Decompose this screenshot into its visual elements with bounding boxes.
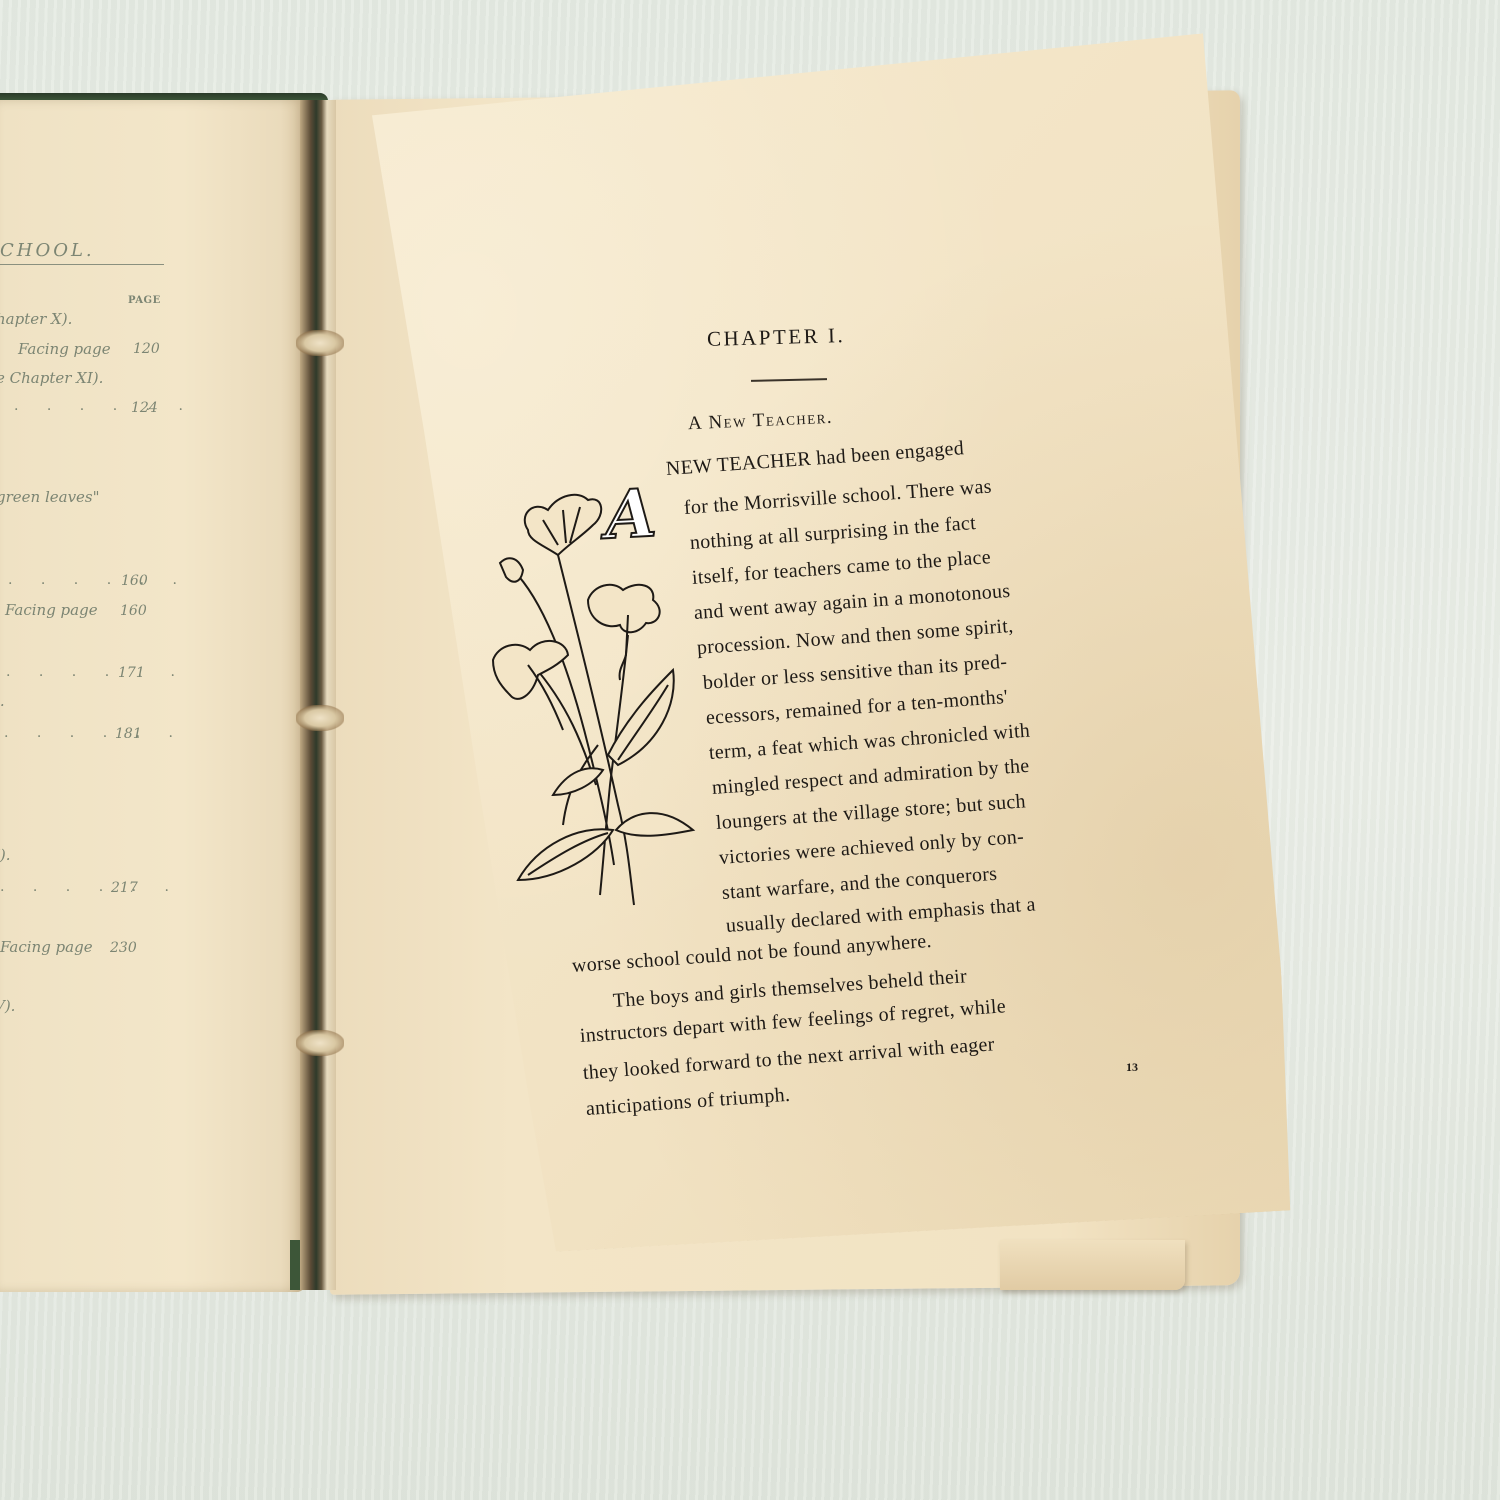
- text-line: nothing at all surprising in the fact: [689, 512, 977, 555]
- chapter-title: CHAPTER I.: [707, 323, 846, 352]
- flower-illustration: [488, 485, 698, 910]
- page-number: 13: [1126, 1060, 1138, 1075]
- section-title: A New Teacher.: [688, 407, 834, 436]
- chapter-text: CHAPTER I. A New Teacher. A NEW TEACHER …: [0, 0, 1500, 1500]
- text-line: NEW TEACHER had been engaged: [665, 437, 965, 481]
- chapter-rule: [751, 378, 827, 381]
- text-line: anticipations of triumph.: [585, 1084, 791, 1121]
- drop-cap-letter: A: [603, 474, 658, 555]
